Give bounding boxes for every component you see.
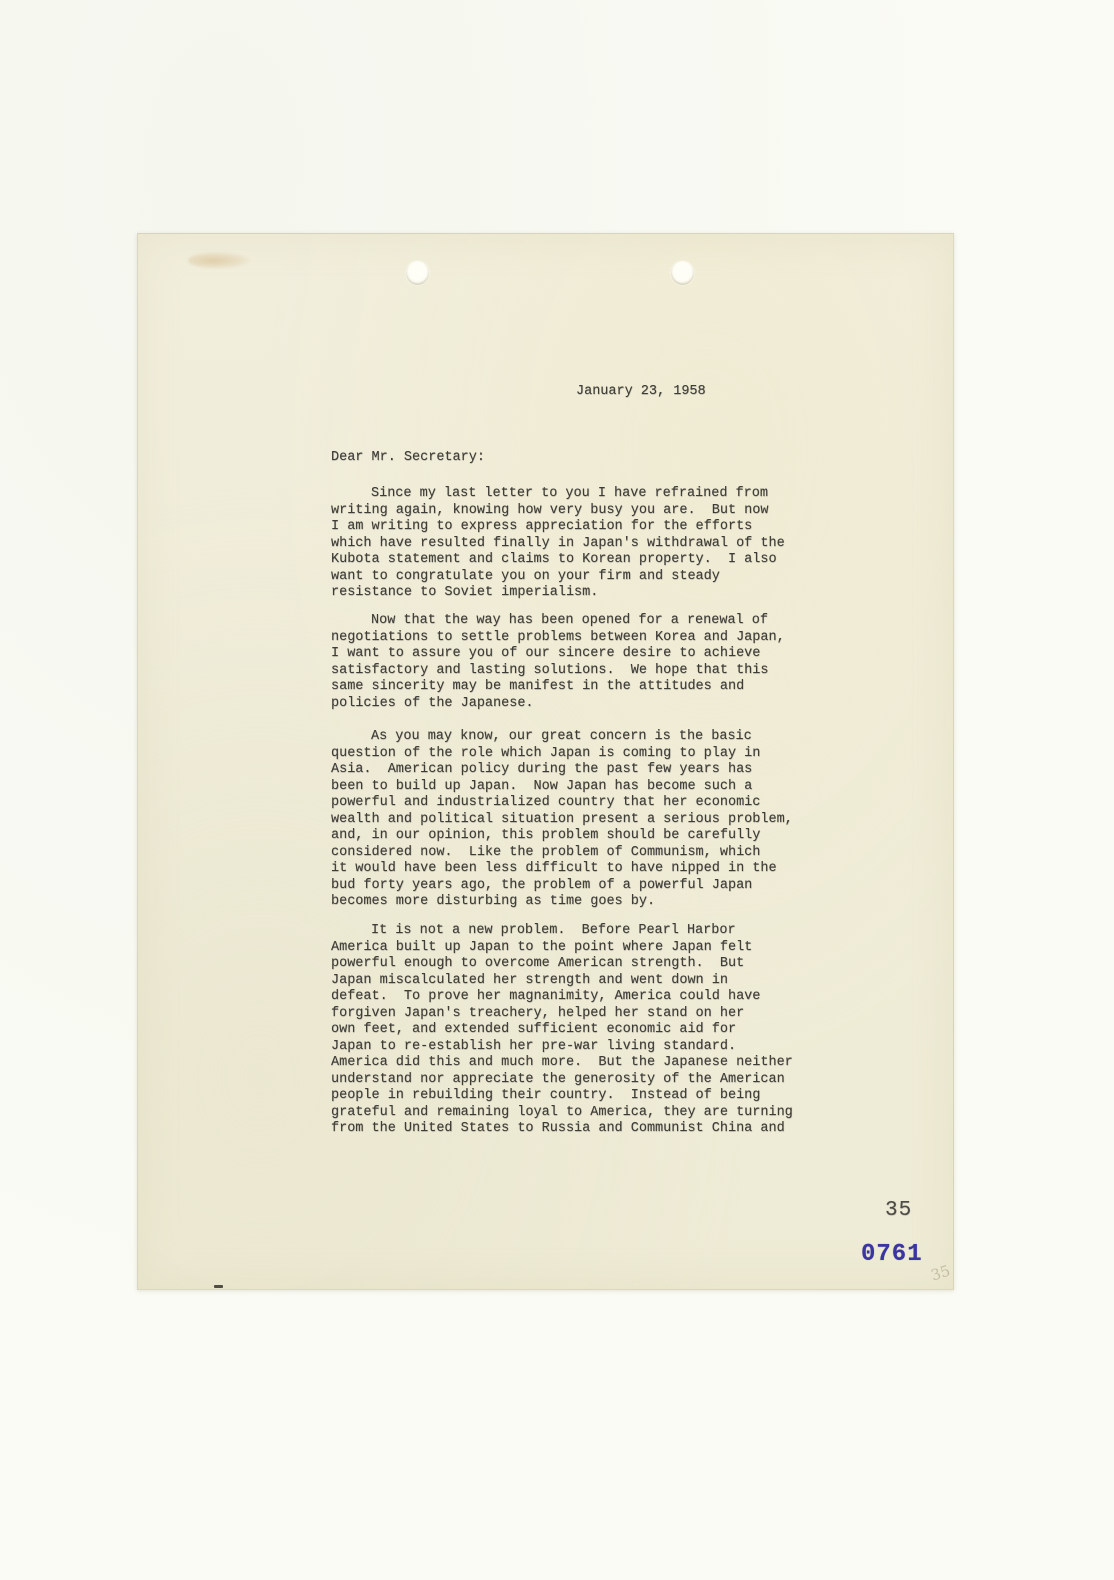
- letter-paragraph-1: Since my last letter to you I have refra…: [331, 486, 785, 602]
- scan-background: January 23, 1958 Dear Mr. Secretary: Sin…: [0, 0, 1114, 1580]
- letter-paragraph-2: Now that the way has been opened for a r…: [331, 613, 785, 712]
- letter-date: January 23, 1958: [576, 384, 706, 401]
- typed-page-number: 35: [885, 1199, 912, 1223]
- bottom-edge-mark: [214, 1285, 223, 1288]
- letter-paragraph-4: It is not a new problem. Before Pearl Ha…: [331, 923, 793, 1138]
- letter-salutation: Dear Mr. Secretary:: [331, 450, 485, 467]
- pencil-annotation: 35: [929, 1261, 953, 1284]
- letter-paragraph-3: As you may know, our great concern is th…: [331, 729, 793, 911]
- stamped-document-number: 0761: [861, 1242, 923, 1268]
- punch-hole-left: [406, 261, 429, 285]
- paper-stain: [188, 252, 250, 269]
- punch-hole-right: [671, 261, 694, 285]
- scanned-letter-page: January 23, 1958 Dear Mr. Secretary: Sin…: [137, 233, 954, 1290]
